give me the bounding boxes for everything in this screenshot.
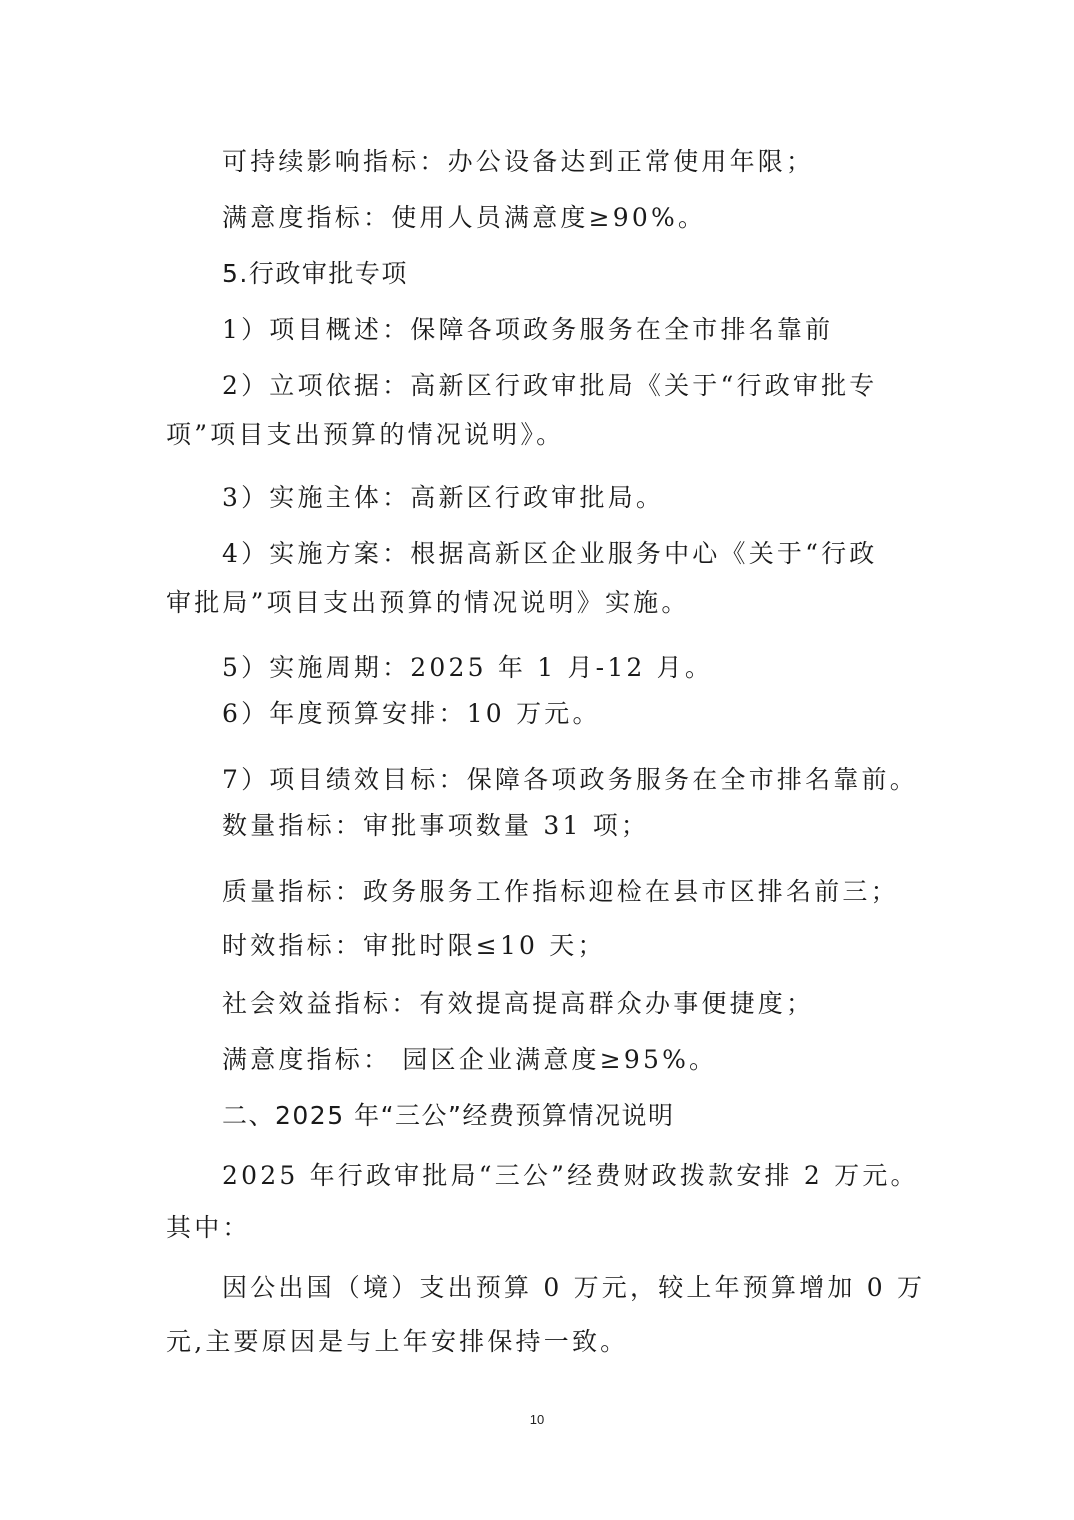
item-performance-goal: 7）项目绩效目标：保障各项政务服务在全市排名靠前。 bbox=[222, 764, 918, 796]
item-basis-line2: 项”项目支出预算的情况说明》。 bbox=[166, 419, 564, 451]
indicator-quantity: 数量指标：审批事项数量 31 项； bbox=[222, 810, 649, 842]
indicator-sustainability: 可持续影响指标：办公设备达到正常使用年限； bbox=[222, 146, 814, 178]
paragraph-overseas-line1: 因公出国（境）支出预算 0 万元，较上年预算增加 0 万 bbox=[222, 1272, 925, 1304]
item-overview: 1）项目概述：保障各项政务服务在全市排名靠前 bbox=[222, 314, 833, 346]
document-page: 可持续影响指标：办公设备达到正常使用年限； 满意度指标：使用人员满意度≥90%。… bbox=[0, 0, 1074, 1520]
item-period: 5）实施周期：2025 年 1 月-12 月。 bbox=[222, 652, 713, 684]
item-implementer: 3）实施主体：高新区行政审批局。 bbox=[222, 482, 664, 514]
item-plan-line2: 审批局”项目支出预算的情况说明》实施。 bbox=[166, 587, 690, 619]
item-basis-line1: 2）立项依据：高新区行政审批局《关于“行政审批专 bbox=[222, 370, 878, 402]
indicator-social-benefit: 社会效益指标：有效提高提高群众办事便捷度； bbox=[222, 988, 814, 1020]
item-budget: 6）年度预算安排：10 万元。 bbox=[222, 698, 601, 730]
paragraph-allocation-line2: 其中： bbox=[166, 1212, 251, 1244]
indicator-timeliness: 时效指标：审批时限≤10 天； bbox=[222, 930, 606, 962]
indicator-satisfaction-enterprise: 满意度指标： 园区企业满意度≥95%。 bbox=[222, 1044, 717, 1076]
item-plan-line1: 4）实施方案：根据高新区企业服务中心《关于“行政 bbox=[222, 538, 878, 570]
paragraph-allocation-line1: 2025 年行政审批局“三公”经费财政拨款安排 2 万元。 bbox=[222, 1160, 919, 1192]
paragraph-overseas-line2: 元,主要原因是与上年安排保持一致。 bbox=[166, 1326, 628, 1358]
section-heading-admin-approval: 5.行政审批专项 bbox=[222, 258, 408, 290]
indicator-quality: 质量指标：政务服务工作指标迎检在县市区排名前三； bbox=[222, 876, 899, 908]
section-heading-three-public-expenses: 二、2025 年“三公”经费预算情况说明 bbox=[222, 1100, 674, 1132]
page-number: 10 bbox=[0, 1412, 1074, 1427]
indicator-satisfaction-staff: 满意度指标：使用人员满意度≥90%。 bbox=[222, 202, 706, 234]
